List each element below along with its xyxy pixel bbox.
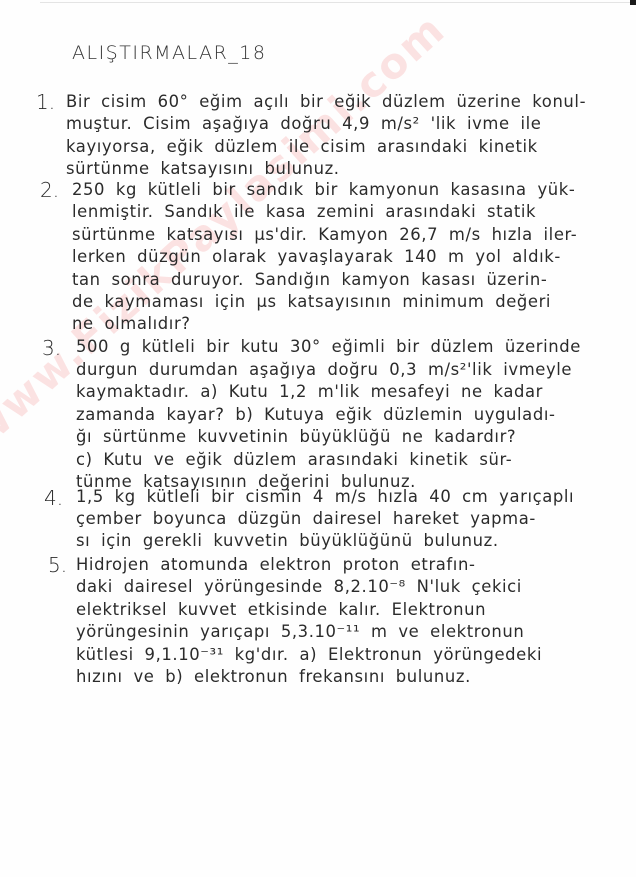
page-title: ALIŞTIRMALAR_18 [72, 42, 266, 64]
problem-text-line: 250 kg kütleli bir sandık bir kamyonun k… [72, 180, 575, 199]
problem-number: 3. [42, 336, 61, 360]
problem-text-line: muştur. Cisim aşağıya doğru 4,9 m/s² 'li… [66, 114, 541, 133]
problem-text-line: sürtünme katsayısını bulunuz. [66, 159, 340, 178]
problem-text-line: de kaymaması için μs katsayısının minimu… [72, 292, 551, 311]
problem-text-line: elektriksel kuvvet etkisinde kalır. Elek… [76, 600, 486, 619]
problem-text-line: yörüngesinin yarıçapı 5,3.10⁻¹¹ m ve ele… [76, 622, 524, 641]
scan-edge-line [40, 2, 636, 3]
problem-text-line: Hidrojen atomunda elektron proton etrafı… [76, 555, 475, 574]
problem-text-line: çember boyunca düzgün dairesel hareket y… [76, 509, 536, 528]
problem-text-line: c) Kutu ve eğik düzlem arasındaki kineti… [76, 450, 512, 469]
problem-text-line: Bir cisim 60° eğim açılı bir eğik düzlem… [66, 92, 586, 111]
problem-text-line: kütlesi 9,1.10⁻³¹ kg'dır. a) Elektronun … [76, 645, 542, 664]
problem-text-line: lenmiştir. Sandık ile kasa zemini arasın… [72, 202, 536, 221]
problem-text-line: sürtünme katsayısı μs'dir. Kamyon 26,7 m… [72, 225, 577, 244]
problem-text-line: ne olmalıdır? [72, 314, 191, 333]
problem-text-line: 1,5 kg kütleli bir cismin 4 m/s hızla 40… [76, 487, 574, 506]
problem-text-line: tan sonra duruyor. Sandığın kamyon kasas… [72, 270, 547, 289]
problem-number: 2. [40, 178, 59, 202]
problem-text-line: zamanda kayar? b) Kutuya eğik düzlemin u… [76, 405, 556, 424]
problem-text-line: daki dairesel yörüngesinde 8,2.10⁻⁸ N'lu… [76, 577, 522, 596]
problem-text-line: kaymaktadır. a) Kutu 1,2 m'lik mesafeyi … [76, 382, 543, 401]
problem-text-line: 500 g kütleli bir kutu 30° eğimli bir dü… [76, 337, 581, 356]
scanned-page: www.FizikPaylasimi.com ALIŞTIRMALAR_18 1… [0, 0, 636, 877]
scan-corner-mark [630, 0, 636, 5]
problem-text-line: lerken düzgün olarak yavaşlayarak 140 m … [72, 247, 561, 266]
problem-text-line: kayıyorsa, eğik düzlem ile cisim arasınd… [66, 137, 538, 156]
problem-text-line: durgun durumdan aşağıya doğru 0,3 m/s²'l… [76, 360, 572, 379]
problem-text-line: sı için gerekli kuvvetin büyüklüğünü bul… [76, 531, 499, 550]
problem-text-line: ğı sürtünme kuvvetinin büyüklüğü ne kada… [76, 427, 516, 446]
problem-number: 1. [36, 90, 55, 114]
problem-number: 5. [48, 553, 67, 577]
problem-number: 4. [44, 486, 63, 510]
problem-text-line: hızını ve b) elektronun frekansını bulun… [76, 667, 471, 686]
